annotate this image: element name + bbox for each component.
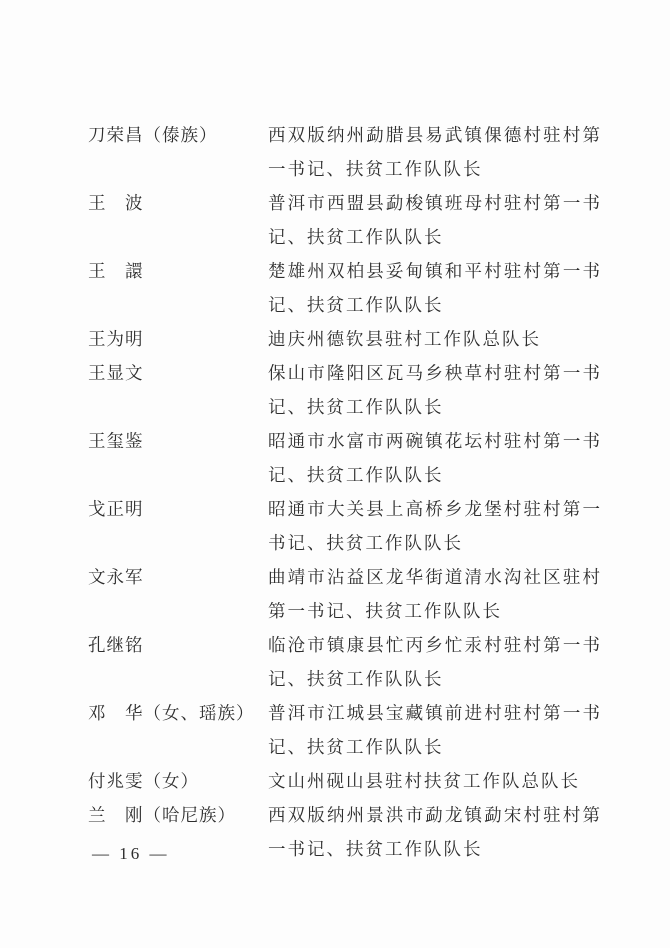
document-page: 刀荣昌（傣族） 西双版纳州勐腊县易武镇倮德村驻村第一书记、扶贫工作队队长 王 波… bbox=[0, 0, 670, 948]
awardee-name: 王为明 bbox=[88, 322, 268, 356]
awardee-row: 刀荣昌（傣族） 西双版纳州勐腊县易武镇倮德村驻村第一书记、扶贫工作队队长 bbox=[88, 118, 600, 186]
awardee-position: 西双版纳州景洪市勐龙镇勐宋村驻村第一书记、扶贫工作队队长 bbox=[268, 798, 602, 866]
awardee-row: 王玺鉴 昭通市水富市两碗镇花坛村驻村第一书记、扶贫工作队队长 bbox=[88, 424, 600, 492]
awardee-position: 昭通市大关县上高桥乡龙堡村驻村第一书记、扶贫工作队队长 bbox=[268, 492, 602, 560]
awardee-position: 西双版纳州勐腊县易武镇倮德村驻村第一书记、扶贫工作队队长 bbox=[268, 118, 602, 186]
awardee-list: 刀荣昌（傣族） 西双版纳州勐腊县易武镇倮德村驻村第一书记、扶贫工作队队长 王 波… bbox=[88, 118, 600, 866]
awardee-position: 文山州砚山县驻村扶贫工作队总队长 bbox=[268, 764, 602, 798]
awardee-name: 孔继铭 bbox=[88, 628, 268, 662]
awardee-position: 楚雄州双柏县妥甸镇和平村驻村第一书记、扶贫工作队队长 bbox=[268, 254, 602, 322]
page-number: — 16 — bbox=[92, 842, 170, 866]
awardee-name: 邓 华（女、瑶族） bbox=[88, 696, 268, 730]
awardee-row: 王显文 保山市隆阳区瓦马乡秧草村驻村第一书记、扶贫工作队队长 bbox=[88, 356, 600, 424]
awardee-name: 付兆雯（女） bbox=[88, 764, 268, 798]
awardee-position: 临沧市镇康县忙丙乡忙汞村驻村第一书记、扶贫工作队队长 bbox=[268, 628, 602, 696]
awardee-name: 戈正明 bbox=[88, 492, 268, 526]
awardee-name: 兰 刚（哈尼族） bbox=[88, 798, 268, 832]
awardee-row: 王为明 迪庆州德钦县驻村工作队总队长 bbox=[88, 322, 600, 356]
awardee-position: 迪庆州德钦县驻村工作队总队长 bbox=[268, 322, 602, 356]
awardee-position: 普洱市江城县宝藏镇前进村驻村第一书记、扶贫工作队队长 bbox=[268, 696, 602, 764]
awardee-name: 文永军 bbox=[88, 560, 268, 594]
awardee-position: 昭通市水富市两碗镇花坛村驻村第一书记、扶贫工作队队长 bbox=[268, 424, 602, 492]
awardee-name: 王显文 bbox=[88, 356, 268, 390]
awardee-position: 曲靖市沾益区龙华街道清水沟社区驻村第一书记、扶贫工作队队长 bbox=[268, 560, 602, 628]
awardee-row: 邓 华（女、瑶族） 普洱市江城县宝藏镇前进村驻村第一书记、扶贫工作队队长 bbox=[88, 696, 600, 764]
awardee-position: 保山市隆阳区瓦马乡秧草村驻村第一书记、扶贫工作队队长 bbox=[268, 356, 602, 424]
awardee-name: 王 波 bbox=[88, 186, 268, 220]
awardee-row: 王 譞 楚雄州双柏县妥甸镇和平村驻村第一书记、扶贫工作队队长 bbox=[88, 254, 600, 322]
awardee-row: 文永军 曲靖市沾益区龙华街道清水沟社区驻村第一书记、扶贫工作队队长 bbox=[88, 560, 600, 628]
awardee-row: 付兆雯（女） 文山州砚山县驻村扶贫工作队总队长 bbox=[88, 764, 600, 798]
awardee-name: 王玺鉴 bbox=[88, 424, 268, 458]
awardee-row: 孔继铭 临沧市镇康县忙丙乡忙汞村驻村第一书记、扶贫工作队队长 bbox=[88, 628, 600, 696]
awardee-row: 戈正明 昭通市大关县上高桥乡龙堡村驻村第一书记、扶贫工作队队长 bbox=[88, 492, 600, 560]
awardee-name: 刀荣昌（傣族） bbox=[88, 118, 268, 152]
awardee-name: 王 譞 bbox=[88, 254, 268, 288]
awardee-position: 普洱市西盟县勐梭镇班母村驻村第一书记、扶贫工作队队长 bbox=[268, 186, 602, 254]
awardee-row: 王 波 普洱市西盟县勐梭镇班母村驻村第一书记、扶贫工作队队长 bbox=[88, 186, 600, 254]
